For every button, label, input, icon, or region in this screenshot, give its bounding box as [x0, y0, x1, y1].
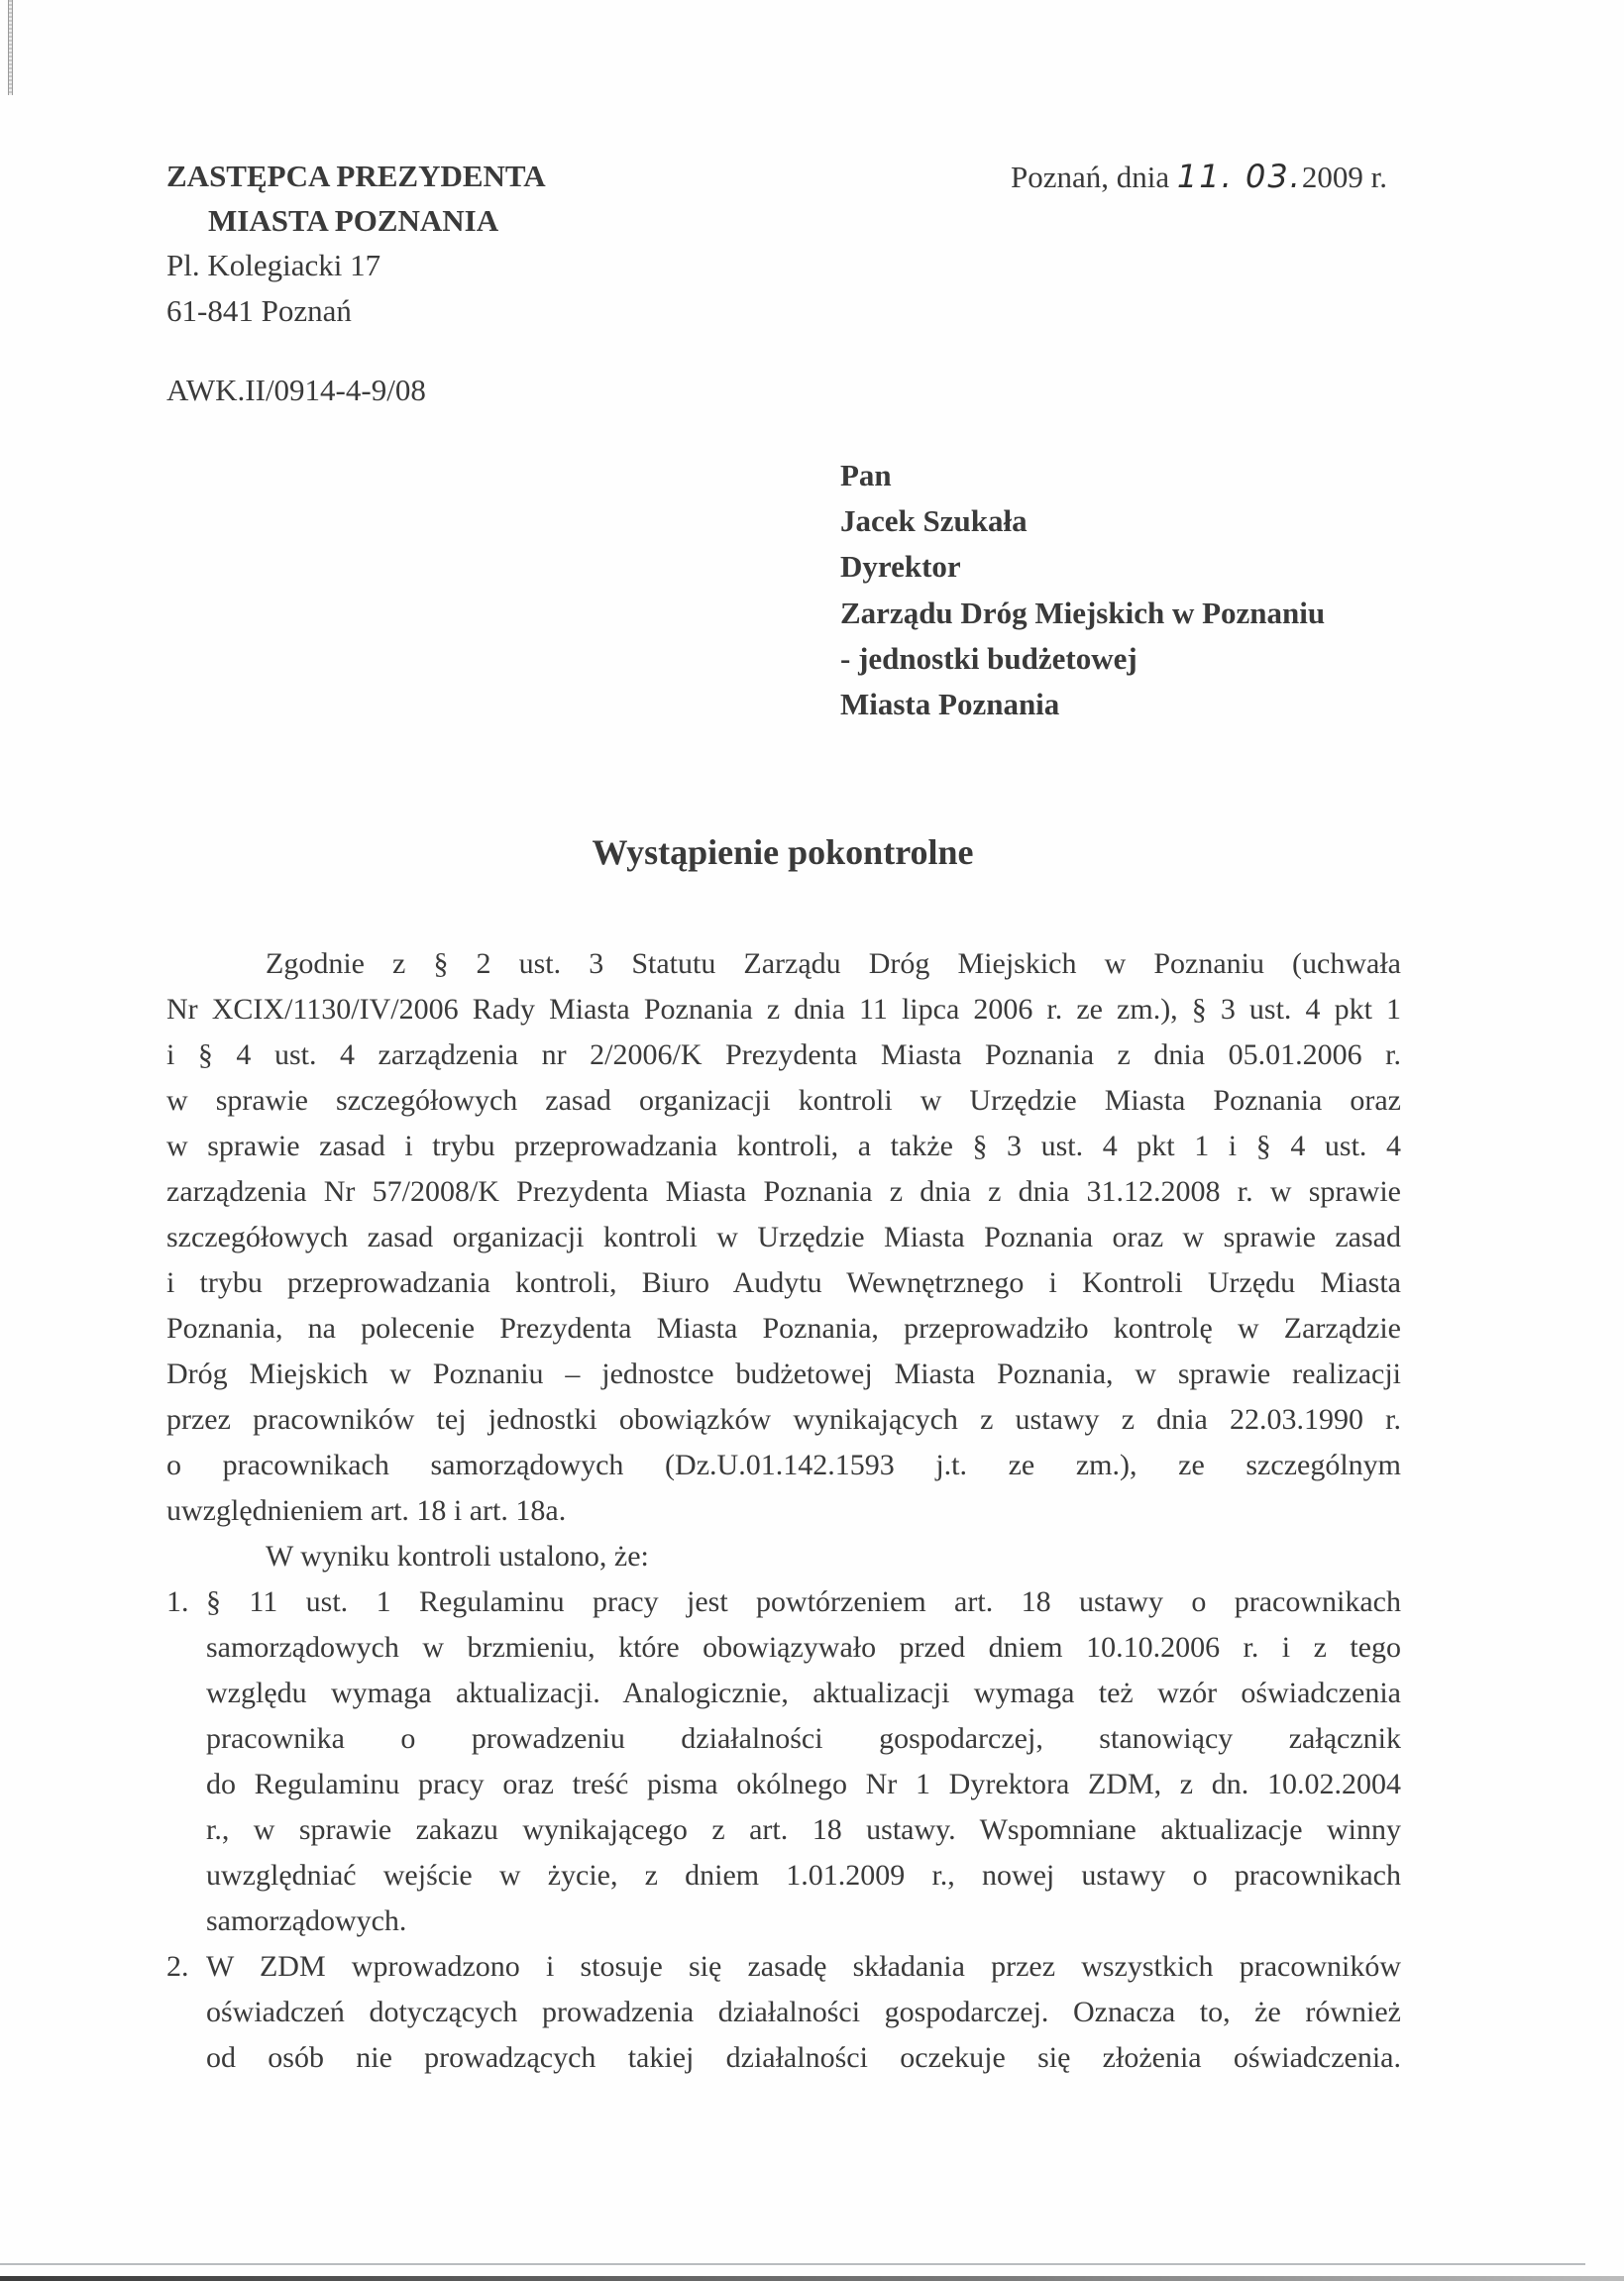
addressee-salutation: Pan [840, 458, 892, 493]
finding-line: od osób nie prowadzących takiej działaln… [206, 2035, 1401, 2081]
document-title: Wystąpienie pokontrolne [0, 830, 1566, 874]
sender-address-city: 61-841 Poznań [166, 293, 352, 329]
paragraph-line: w sprawie zasad i trybu przeprowadzania … [166, 1124, 1401, 1169]
addressee-organization: Zarządu Dróg Miejskich w Poznaniu [840, 596, 1325, 631]
scan-bottom-band [0, 2276, 1624, 2281]
sender-title-line2: MIASTA POZNANIA [208, 203, 498, 239]
intro-paragraph: Zgodnie z § 2 ust. 3 Statutu Zarządu Dró… [166, 941, 1401, 2081]
paragraph-line: w sprawie szczegółowych zasad organizacj… [166, 1078, 1401, 1124]
paragraph-line: i trybu przeprowadzania kontroli, Biuro … [166, 1260, 1401, 1306]
paragraph-line: o pracownikach samorządowych (Dz.U.01.14… [166, 1443, 1401, 1488]
finding-number: 1. [166, 1579, 189, 1625]
finding-line: oświadczeń dotyczących prowadzenia dział… [206, 1990, 1401, 2035]
paragraph-line: zarządzenia Nr 57/2008/K Prezydenta Mias… [166, 1169, 1401, 1215]
finding-line: W ZDM wprowadzono i stosuje się zasadę s… [206, 1944, 1401, 1990]
reference-number: AWK.II/0914-4-9/08 [166, 373, 426, 408]
finding-line: do Regulaminu pracy oraz treść pisma okó… [206, 1762, 1401, 1807]
finding-number: 2. [166, 1944, 189, 1990]
paragraph-line: i § 4 ust. 4 zarządzenia nr 2/2006/K Pre… [166, 1032, 1401, 1078]
scan-edge-artifact [8, 0, 13, 95]
finding-line: względu wymaga aktualizacji. Analogiczni… [206, 1671, 1401, 1716]
dateline-year: 2009 r. [1302, 160, 1387, 194]
dateline: Poznań, dnia 11. 03.2009 r. [1011, 159, 1387, 195]
paragraph-line: Dróg Miejskich w Poznaniu – jednostce bu… [166, 1352, 1401, 1397]
finding-line: samorządowych. [206, 1899, 1401, 1944]
paragraph-line: uwzględnieniem art. 18 i art. 18a. [166, 1488, 1401, 1534]
finding-line: r., w sprawie zakazu wynikającego z art.… [206, 1807, 1401, 1853]
addressee-position: Dyrektor [840, 549, 961, 585]
finding-line: § 11 ust. 1 Regulaminu pracy jest powtór… [206, 1579, 1401, 1625]
finding-line: samorządowych w brzmieniu, które obowiąz… [206, 1625, 1401, 1671]
handwritten-date: 11. 03. [1177, 158, 1302, 195]
paragraph-line: szczegółowych zasad organizacji kontroli… [166, 1215, 1401, 1260]
paragraph-line: Zgodnie z § 2 ust. 3 Statutu Zarządu Dró… [166, 941, 1401, 987]
paragraph-line: przez pracowników tej jednostki obowiązk… [166, 1397, 1401, 1443]
finding-line: pracownika o prowadzeniu działalności go… [206, 1716, 1401, 1762]
findings-intro: W wyniku kontroli ustalono, że: [166, 1534, 1401, 1579]
sender-title-line1: ZASTĘPCA PREZYDENTA [166, 159, 546, 194]
dateline-place: Poznań, dnia [1011, 160, 1169, 194]
finding-item-1: 1. § 11 ust. 1 Regulaminu pracy jest pow… [166, 1579, 1401, 1944]
addressee-city: Miasta Poznania [840, 687, 1059, 722]
scan-bottom-line [0, 2263, 1585, 2265]
addressee-unit-type: - jednostki budżetowej [840, 641, 1137, 677]
finding-line: uwzględniać wejście w życie, z dniem 1.0… [206, 1853, 1401, 1899]
paragraph-line: Nr XCIX/1130/IV/2006 Rady Miasta Poznani… [166, 987, 1401, 1032]
finding-item-2: 2. W ZDM wprowadzono i stosuje się zasad… [166, 1944, 1401, 2081]
paragraph-line: Poznania, na polecenie Prezydenta Miasta… [166, 1306, 1401, 1352]
addressee-name: Jacek Szukała [840, 503, 1028, 539]
sender-address-street: Pl. Kolegiacki 17 [166, 248, 380, 283]
